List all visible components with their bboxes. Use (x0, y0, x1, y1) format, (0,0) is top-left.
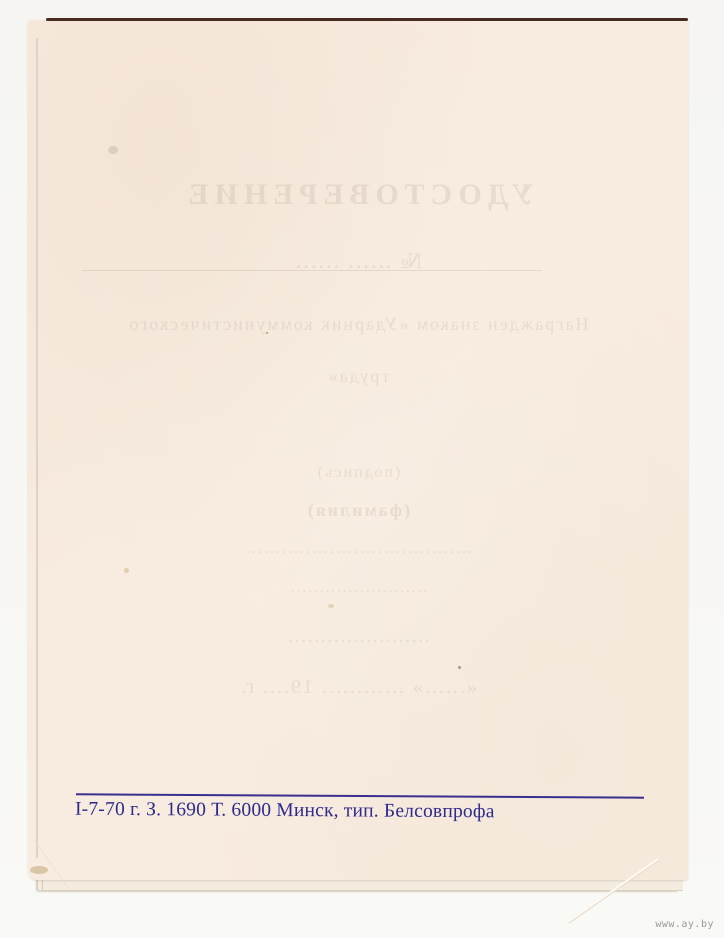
card-left-edge (36, 38, 38, 858)
show-through-line: ...................... (28, 626, 688, 647)
show-through-line: Награжден знаком «Ударник коммунистическ… (28, 314, 688, 335)
show-through-line: труда» (28, 366, 688, 387)
paper-smudge (108, 146, 118, 154)
show-through-date: «......» ............ 19.... г. (28, 676, 688, 699)
paper-speck (266, 332, 268, 334)
watermark: www.ay.by (655, 919, 714, 930)
show-through-title: УДОСТОВЕРЕНИЕ (28, 178, 688, 212)
document-card: УДОСТОВЕРЕНИЕ № ...... ...... Награжден … (28, 20, 688, 880)
printer-imprint: I-7-70 г. З. 1690 Т. 6000 Минск, тип. Бе… (75, 799, 495, 824)
show-through-line: ...................................... (28, 540, 688, 558)
card-top-edge (46, 18, 688, 21)
corner-stain (30, 866, 48, 874)
imprint-rule (76, 793, 644, 798)
paper-speck (328, 604, 334, 608)
show-through-line: ........................ (28, 580, 688, 597)
paper-speck (124, 568, 129, 573)
paper-speck (458, 666, 461, 669)
show-through-rule (82, 270, 542, 271)
show-through-line: (подпись) (28, 464, 688, 482)
show-through-line: (фамилия) (28, 500, 688, 521)
